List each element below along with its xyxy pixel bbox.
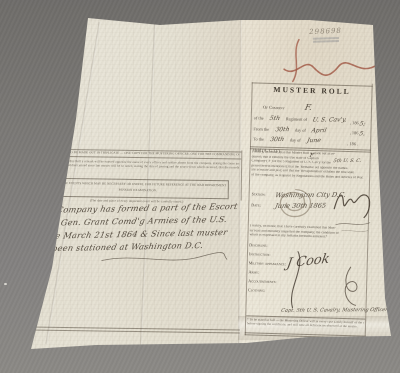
photo-background: MUSTER ROLLS ARE TO BE MADE OUT IN TRIPL… [0, 0, 400, 373]
inspection-item: Arms: [248, 269, 259, 274]
printed-186-label: , 186 [350, 130, 359, 135]
handwritten-record-line: to Lt. Gen. Grant Comd'g Armies of the U… [34, 214, 228, 228]
pen-flourish [100, 249, 230, 267]
record-of-events-heading-2: PENSION EXAMINATION. [50, 187, 226, 193]
red-ink-scrawl [280, 37, 381, 86]
handwritten-record-line: The Company has formed a part of the Esc… [37, 201, 239, 215]
officer-title-line: Capt. 5th U. S. Cavalry, Mustering Offic… [280, 307, 370, 314]
inspection-item: Accoutrements: [248, 278, 276, 284]
inspection-item: Clothing: [248, 287, 265, 292]
inspection-item: Discipline: [249, 242, 267, 248]
embossed-seal [276, 185, 315, 222]
back-panel: MUSTER ROLLS ARE TO BE MADE OUT IN TRIPL… [29, 139, 244, 354]
from-year-entry: 5; [359, 120, 366, 127]
held-186-label: , 186 . [347, 141, 358, 146]
to-year-entry: 5. [359, 130, 366, 137]
front-panel: 298698 MUSTER ROLL Of Company F. of the … [243, 22, 379, 341]
pencil-number: 298698 [309, 27, 342, 36]
inspection-item: Instruction: [249, 251, 271, 257]
muster-roll-document: MUSTER ROLLS ARE TO BE MADE OUT IN TRIPL… [0, 0, 400, 373]
dust-speck [4, 283, 7, 285]
date-label: Date: [251, 202, 261, 207]
record-of-events-box: RECORD OF EVENTS WHICH MAY BE NECESSARY … [47, 178, 229, 200]
printed-186-label: , 186 [350, 120, 359, 125]
band-border-left [33, 148, 34, 198]
secondary-signature-scrawl [335, 263, 366, 310]
cert-hand-insert: 5th U. S. C. [333, 158, 362, 163]
printed-rule [31, 329, 240, 333]
handwritten-record-line: Since March 21st 1864 & Since last muste… [36, 227, 229, 241]
